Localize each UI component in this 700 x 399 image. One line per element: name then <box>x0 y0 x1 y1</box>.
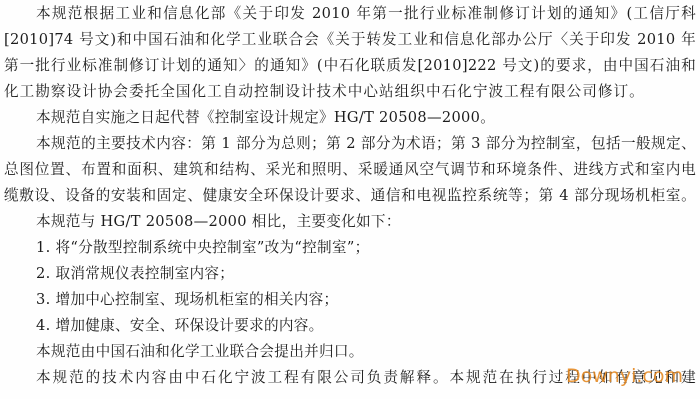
paragraph-3-line-1: 本规范的主要技术内容：第 1 部分为总则；第 2 部分为术语；第 3 部分为控制… <box>36 134 696 154</box>
paragraph-interpretation: 本规范的技术内容由中石化宁波工程有限公司负责解释。本规范在执行过程中如有意见和建 <box>36 368 696 388</box>
paragraph-1-line-1: 本规范根据工业和信息化部《关于印发 2010 年第一批行业标准制修订计划的通知》… <box>36 4 696 24</box>
change-item-1: 1. 将“分散型控制系统中央控制室”改为“控制室”； <box>36 238 370 258</box>
change-item-4: 4. 增加健康、安全、环保设计要求的内容。 <box>36 316 324 336</box>
paragraph-proposer: 本规范由中国石油和化学工业联合会提出并归口。 <box>36 342 364 362</box>
paragraph-3-line-3: 缆敷设、设备的安装和固定、健康安全环保设计要求、通信和电视监控系统等；第 4 部… <box>4 186 696 206</box>
change-item-2: 2. 取消常规仪表控制室内容； <box>36 264 234 284</box>
paragraph-1-line-3: 第一批行业标准制修订计划的通知〉的通知》(中石化联质发[2010]222 号文)… <box>4 56 696 76</box>
paragraph-1-line-2: [2010]74 号文)和中国石油和化学工业联合会《关于转发工业和信息化部办公厅… <box>4 30 696 50</box>
paragraph-1-line-4: 化工勘察设计协会委托全国化工自动控制设计技术中心站组织中石化宁波工程有限公司修订… <box>4 82 644 102</box>
change-item-3: 3. 增加中心控制室、现场机柜室的相关内容； <box>36 290 338 310</box>
paragraph-3-line-2: 总图位置、布置和面积、建筑和结构、采光和照明、采暖通风空气调节和环境条件、进线方… <box>4 160 696 180</box>
paragraph-4-line-1: 本规范与 HG/T 20508—2000 相比，主要变化如下： <box>36 212 401 232</box>
paragraph-2-line-1: 本规范自实施之日起代替《控制室设计规定》HG/T 20508—2000。 <box>36 108 495 128</box>
document-page: 本规范根据工业和信息化部《关于印发 2010 年第一批行业标准制修订计划的通知》… <box>0 0 700 399</box>
